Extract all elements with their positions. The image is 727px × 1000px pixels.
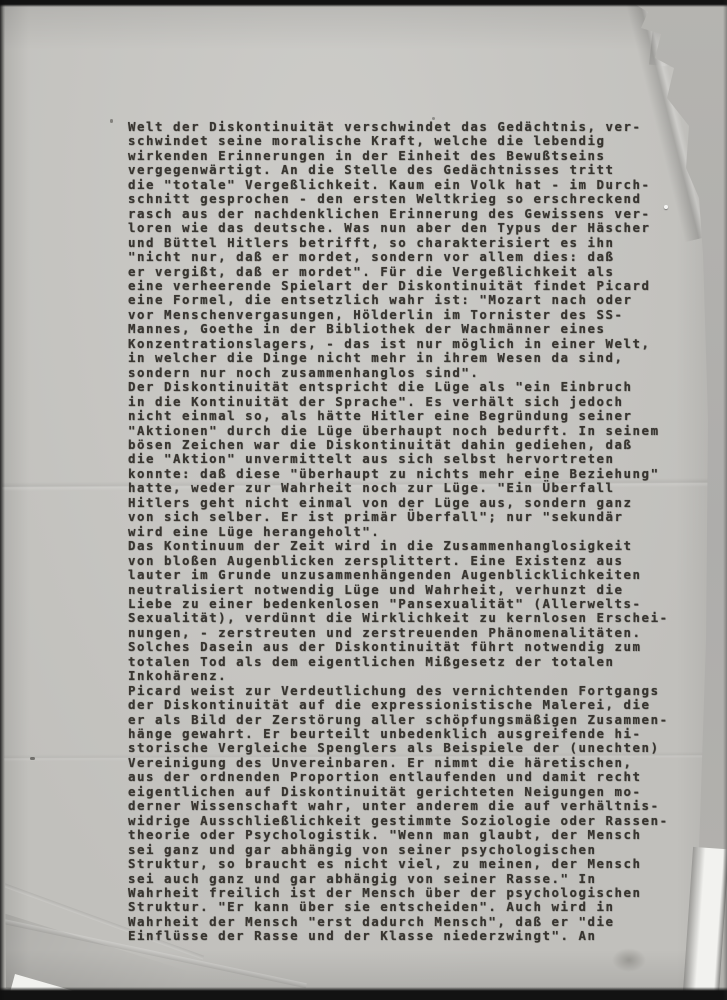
scan-edge-left: [0, 0, 5, 1000]
scan-edge-bottom: [0, 987, 727, 1000]
typewritten-text: Welt der Diskontinuität verschwindet das…: [128, 120, 669, 944]
scanned-page: Welt der Diskontinuität verschwindet das…: [0, 0, 727, 1000]
paper-speck: [110, 119, 113, 123]
paper-sheet: Welt der Diskontinuität verschwindet das…: [0, 0, 727, 1000]
margin-speck: [30, 757, 35, 760]
scan-edge-top: [0, 0, 727, 7]
ink-smudge: [612, 948, 646, 972]
scan-edge-right: [723, 0, 727, 1000]
